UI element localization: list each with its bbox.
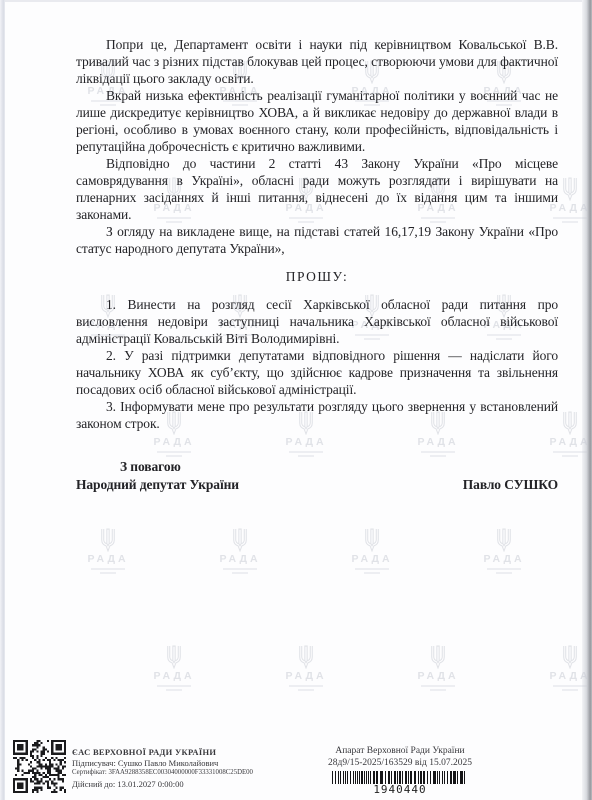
footer: ЄАС ВЕРХОВНОЇ РАДИ УКРАЇНИ Підписувач: С… <box>0 736 592 800</box>
rada-label: РАДА <box>202 553 278 565</box>
watermark-tile: РАДА <box>70 528 146 574</box>
watermark-tile: РАДА <box>334 528 410 574</box>
registration-block: Апарат Верховної Ради України 28д9/15-20… <box>304 745 496 796</box>
watermark-tile: РАДА <box>202 528 278 574</box>
scanned-letter-page: РАДАРАДАРАДАРАДАРАДАРАДАРАДАРАДАРАДАРАДА… <box>0 0 592 800</box>
trident-icon <box>231 528 249 552</box>
request-item-3: 3. Інформувати мене про результати розгл… <box>76 398 558 432</box>
photo-edge-right <box>582 0 592 800</box>
trident-icon <box>561 411 579 435</box>
rada-label: РАДА <box>466 553 542 565</box>
paragraph-2: Вкрай низька ефективність реалізації гум… <box>76 87 558 155</box>
rada-label: РАДА <box>70 553 146 565</box>
trident-icon <box>561 177 579 201</box>
eas-title: ЄАС ВЕРХОВНОЇ РАДИ УКРАЇНИ <box>72 747 253 758</box>
trident-icon <box>561 645 579 669</box>
eas-valid-until: Дійсний до: 13.01.2027 0:00:00 <box>72 779 253 790</box>
paragraph-3: Відповідно до частини 2 статті 43 Закону… <box>76 155 558 223</box>
letter-body: Попри це, Департамент освіти і науки під… <box>76 36 558 493</box>
eas-signer: Підписувач: Сушко Павло Миколайович <box>72 758 253 769</box>
paragraph-1: Попри це, Департамент освіти і науки під… <box>76 36 558 87</box>
rada-label: РАДА <box>400 670 476 682</box>
eas-certificate: Сертифікат: 3FAA9288358EC00304000000F333… <box>72 768 253 779</box>
request-item-1: 1. Винести на розгляд сесії Харківської … <box>76 296 558 347</box>
photo-edge-left <box>0 0 5 800</box>
request-item-2: 2. У разі підтримки депутатами відповідн… <box>76 347 558 398</box>
rada-label: РАДА <box>136 670 212 682</box>
trident-icon <box>99 528 117 552</box>
watermark-tile: РАДА <box>400 645 476 691</box>
trident-icon <box>165 645 183 669</box>
signature-block: З повагою Народний депутат України Павло… <box>76 458 558 493</box>
trident-icon <box>363 528 381 552</box>
paragraph-4: З огляду на викладене вище, на підставі … <box>76 223 558 257</box>
qr-code <box>13 740 66 793</box>
rada-label: РАДА <box>334 553 410 565</box>
registration-number: 28д9/15-2025/163529 від 15.07.2025 <box>304 757 496 769</box>
registration-office: Апарат Верховної Ради України <box>304 745 496 757</box>
watermark-tile: РАДА <box>466 528 542 574</box>
barcode-number: 1940440 <box>304 784 496 796</box>
eas-signature-block: ЄАС ВЕРХОВНОЇ РАДИ УКРАЇНИ Підписувач: С… <box>72 747 253 789</box>
rada-label: РАДА <box>268 670 344 682</box>
request-heading: ПРОШУ: <box>76 268 558 285</box>
watermark-tile: РАДА <box>136 645 212 691</box>
watermark-tile: РАДА <box>268 645 344 691</box>
signer-name: Павло СУШКО <box>463 476 558 493</box>
closing-phrase: З повагою <box>76 458 558 475</box>
trident-icon <box>429 645 447 669</box>
trident-icon <box>495 528 513 552</box>
photo-edge-top <box>0 0 592 2</box>
trident-icon <box>297 645 315 669</box>
signer-title: Народний депутат України <box>76 476 239 493</box>
